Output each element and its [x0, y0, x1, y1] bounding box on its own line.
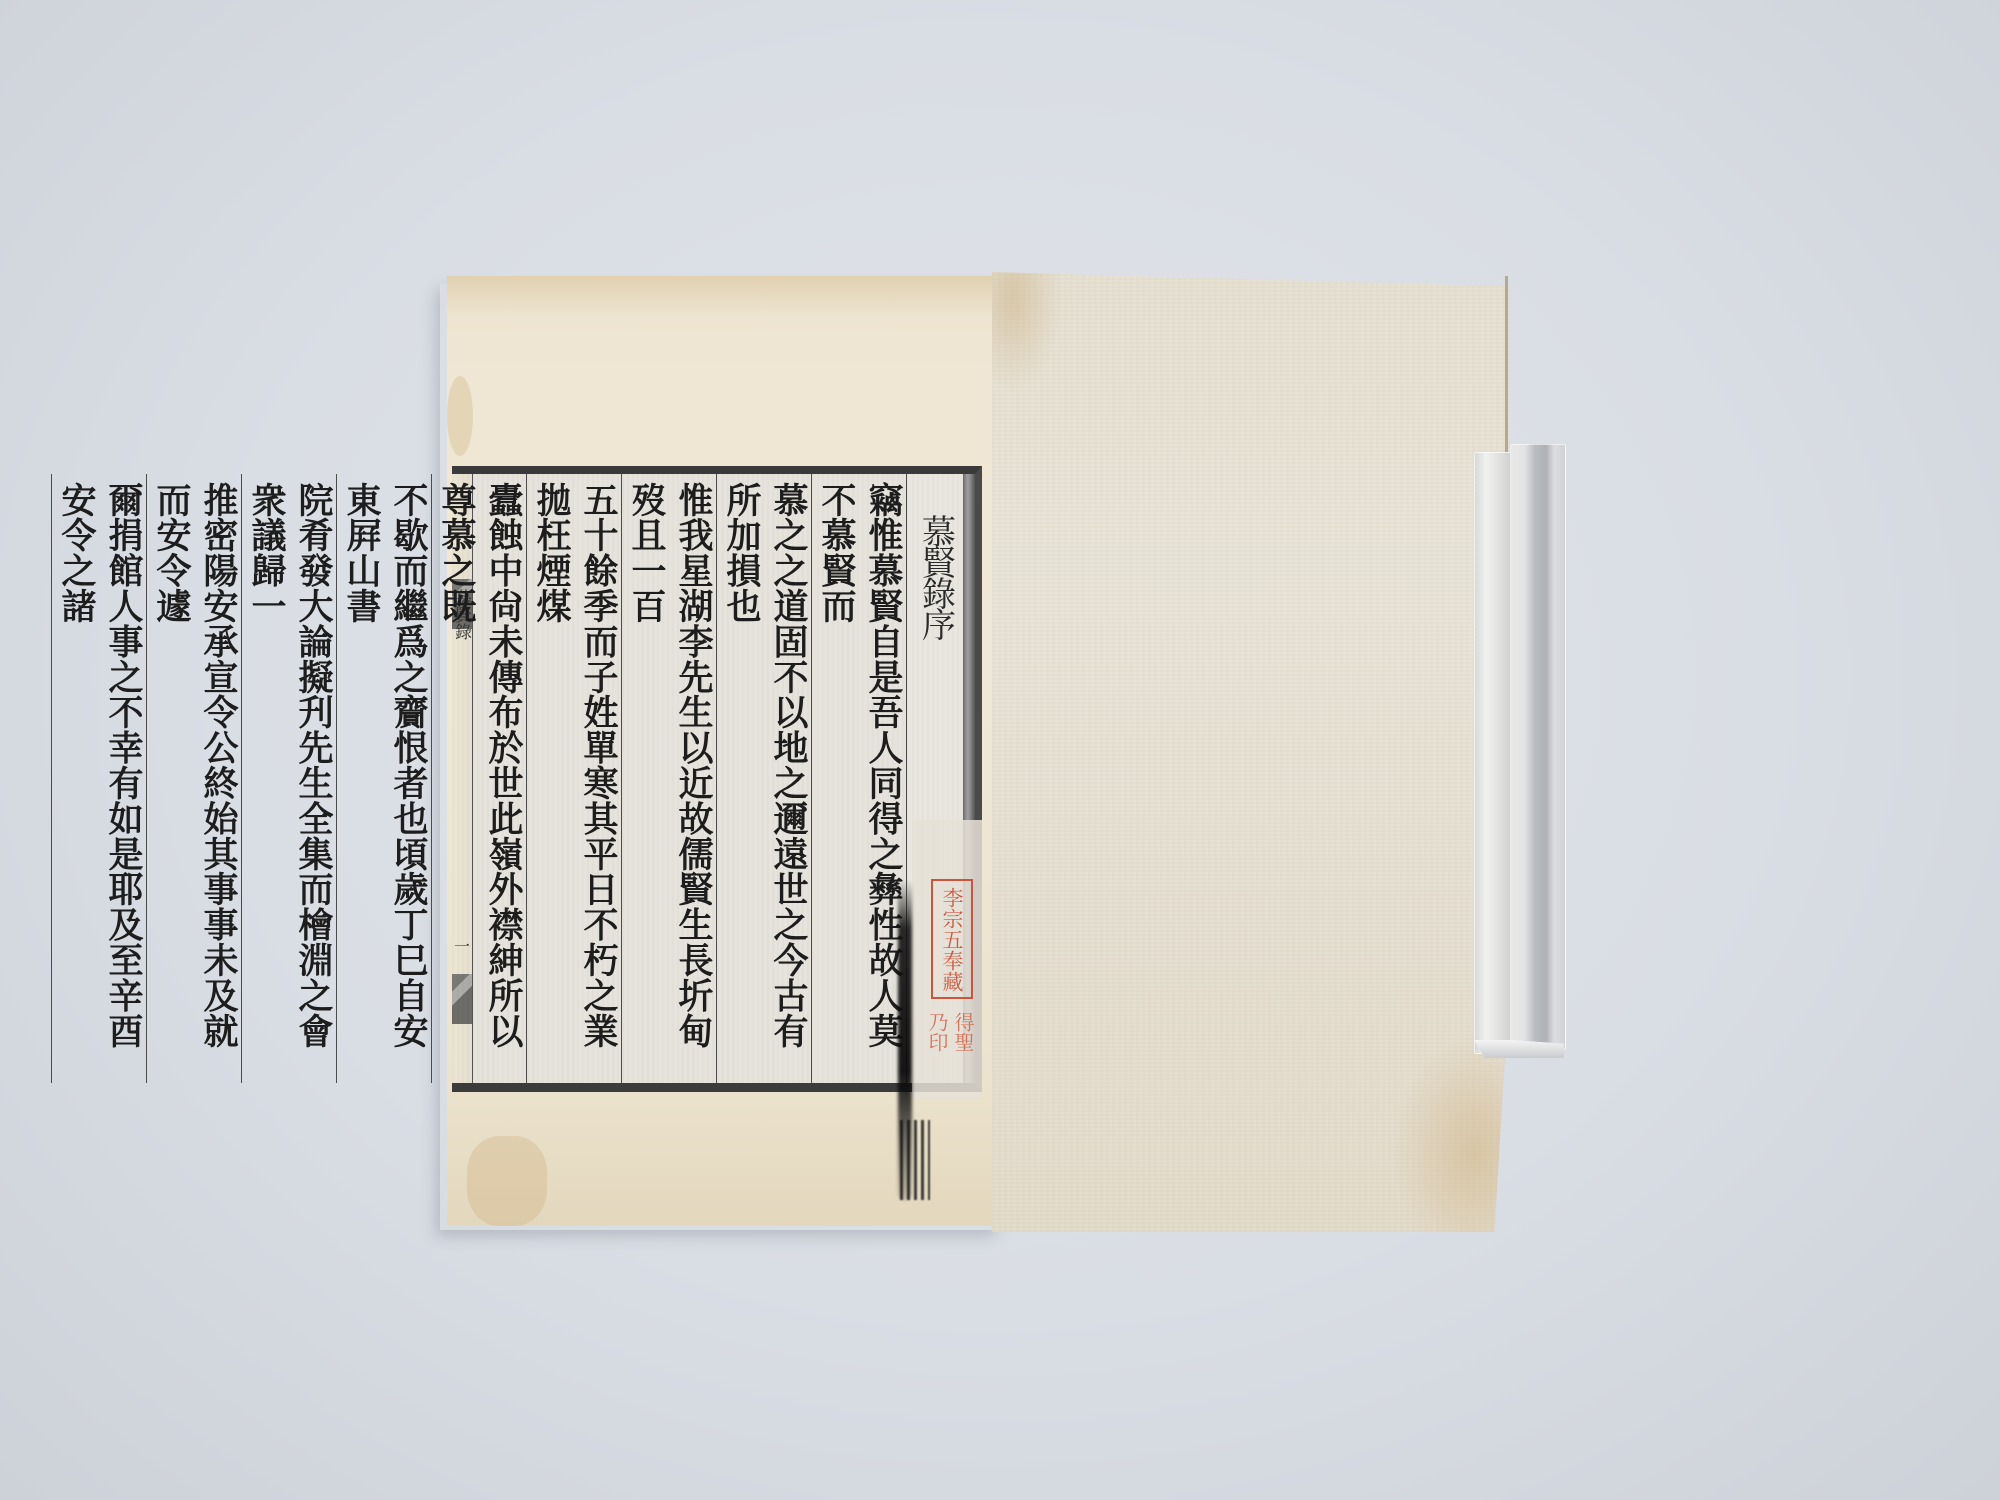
- acrylic-page-weight[interactable]: [1474, 444, 1564, 1062]
- text-column: 惟我星湖李先生以近故儒賢生長圻甸歿且一百: [621, 474, 716, 1083]
- water-stain: [1392, 1032, 1510, 1232]
- text-column: 竊惟慕賢自是吾人同得之彝性故人莫不慕賢而: [811, 474, 906, 1083]
- water-stain: [447, 376, 473, 456]
- water-stain: [447, 276, 992, 316]
- ink-smudge: [900, 1120, 930, 1200]
- water-stain: [992, 272, 1062, 392]
- text-column: 院肴發大論擬刋先生全集而檜淵之會衆議歸一: [241, 474, 336, 1083]
- collector-seal-large: 李宗五奉藏: [931, 879, 973, 999]
- acrylic-face: [1474, 452, 1512, 1054]
- text-column: 推密陽安承宣令公終始其事事未及就而安令遽: [146, 474, 241, 1083]
- collector-seal-small: 得聖 乃印: [922, 1012, 978, 1072]
- text-column: 慕之之道固不以地之邇遠世之今古有所加損也: [716, 474, 811, 1083]
- acrylic-face: [1510, 444, 1566, 1050]
- water-stain: [467, 1136, 547, 1226]
- text-column: 不歇而繼爲之齎恨者也頃歲丁巳自安東屛山書: [336, 474, 431, 1083]
- right-page-blank: [992, 272, 1510, 1232]
- text-column: 五十餘季而子姓單寒其平日不朽之業拋枉煙煤: [526, 474, 621, 1083]
- text-column: 蠹蝕中尙未傳布於世此嶺外襟紳所以尊慕之既: [431, 474, 526, 1083]
- text-column: 爾捐館人事之不幸有如是耶及至辛酉安令之諸: [51, 474, 146, 1083]
